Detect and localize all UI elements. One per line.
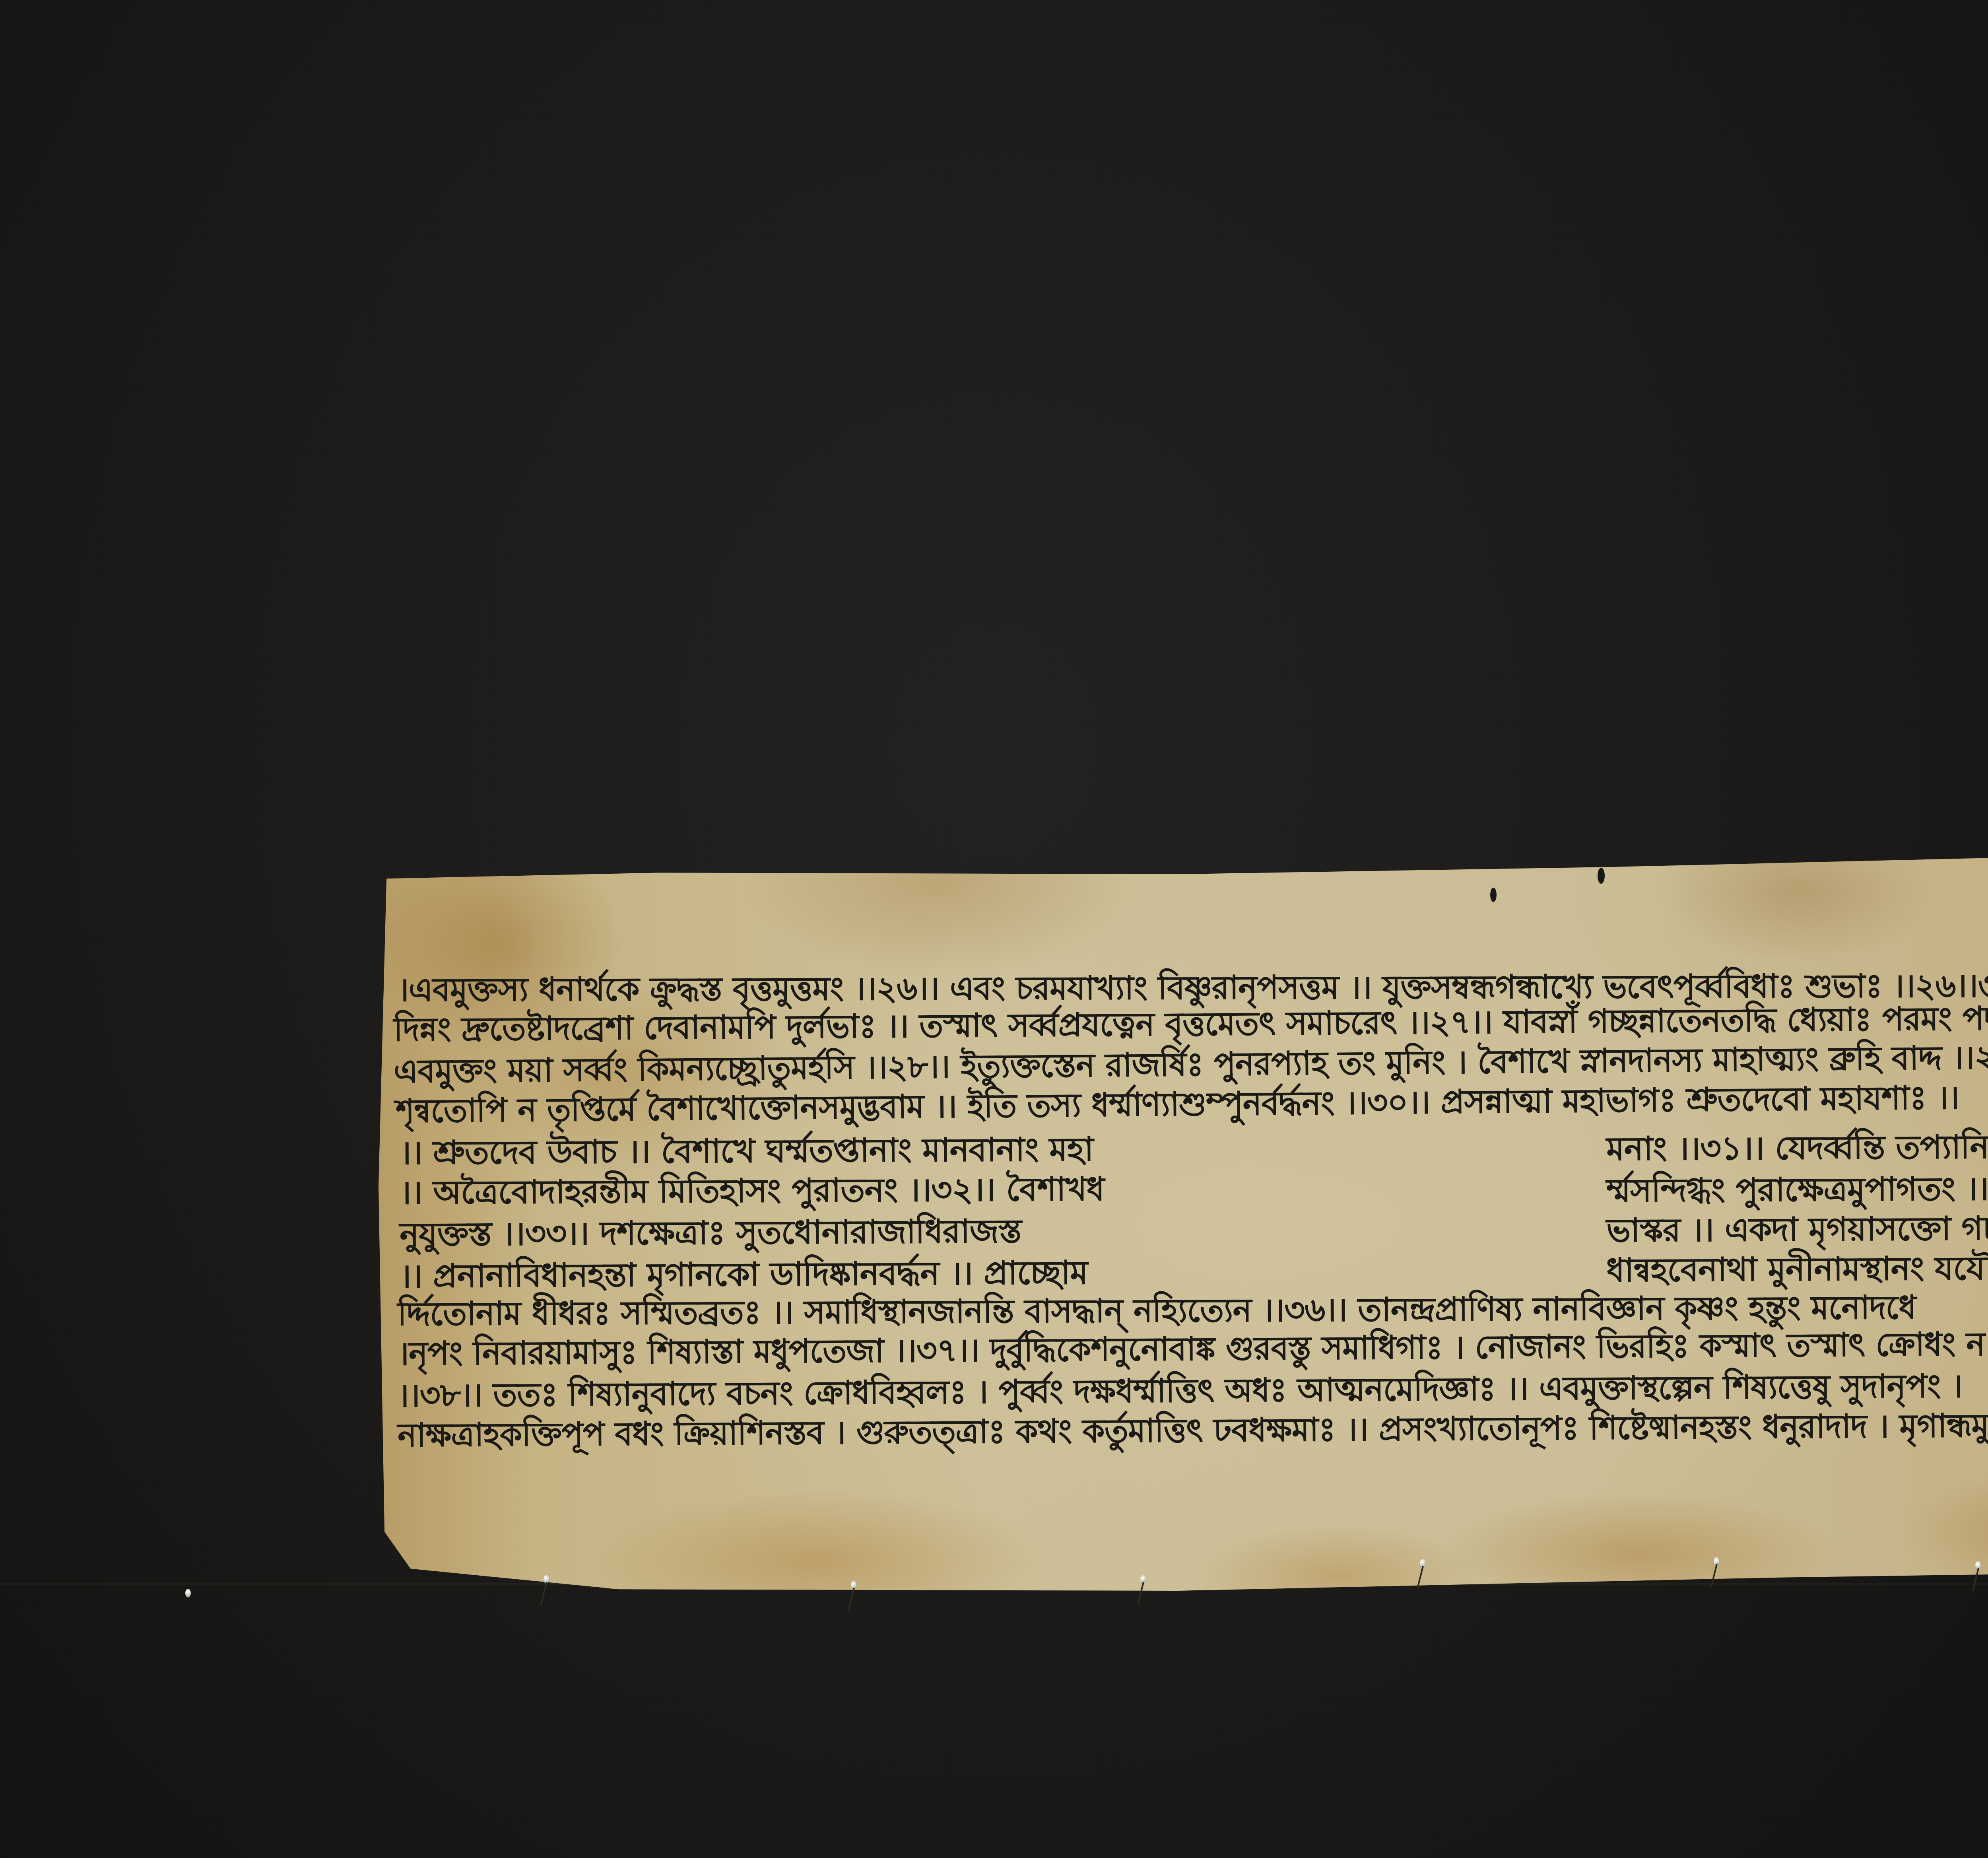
manuscript-line-7-left: নুযুক্তস্ত ।।৩৩।। দশক্ষেত্রাঃ সুতধোনারাজ… [400,1212,1021,1255]
manuscript-line-5-right: মনাং ।।৩১।। যেদর্ব্বন্তি তপ্যানি ভেষাং প… [1606,1126,1988,1169]
mounting-pin [185,1589,191,1598]
manuscript-folio: ।এবমুক্তস্য ধনার্থকে ক্রুদ্ধস্ত বৃত্তমুত… [0,0,1988,1858]
manuscript-line-7-right: ভাস্কর ।। একদা মৃগয়াসক্তো গচ্ছন্ বনমাবি… [1606,1207,1988,1251]
manuscript-line-6-left: ।। অত্রৈবোদাহরন্তীম মিতিহাসং পুরাতনং ।।৩… [400,1170,1105,1213]
wormhole [1490,888,1497,902]
wormhole [1586,863,1590,867]
manuscript-line-6-right: র্ম্মসন্দিগ্ধং পুরাক্ষেত্রমুপাগতং ।। বদ্… [1606,1168,1988,1211]
manuscript-line-8-right: ধান্বহবেনাথা মুনীনামস্থানং যযৌ ।।৩৫।। তদ… [1606,1248,1988,1290]
manuscript-line-5-left: ।। শ্রুতদেব উবাচ ।। বৈশাখে ঘর্ম্মতপ্তানা… [400,1130,1093,1173]
mounting-pin-shaft [848,1588,855,1611]
manuscript-line-8-left: ।। প্রনানাবিধানহন্তা মৃগানকো ডাদিষ্কানবর… [400,1253,1088,1296]
wormhole [1598,868,1605,884]
mounting-pin-shaft [540,1582,547,1605]
